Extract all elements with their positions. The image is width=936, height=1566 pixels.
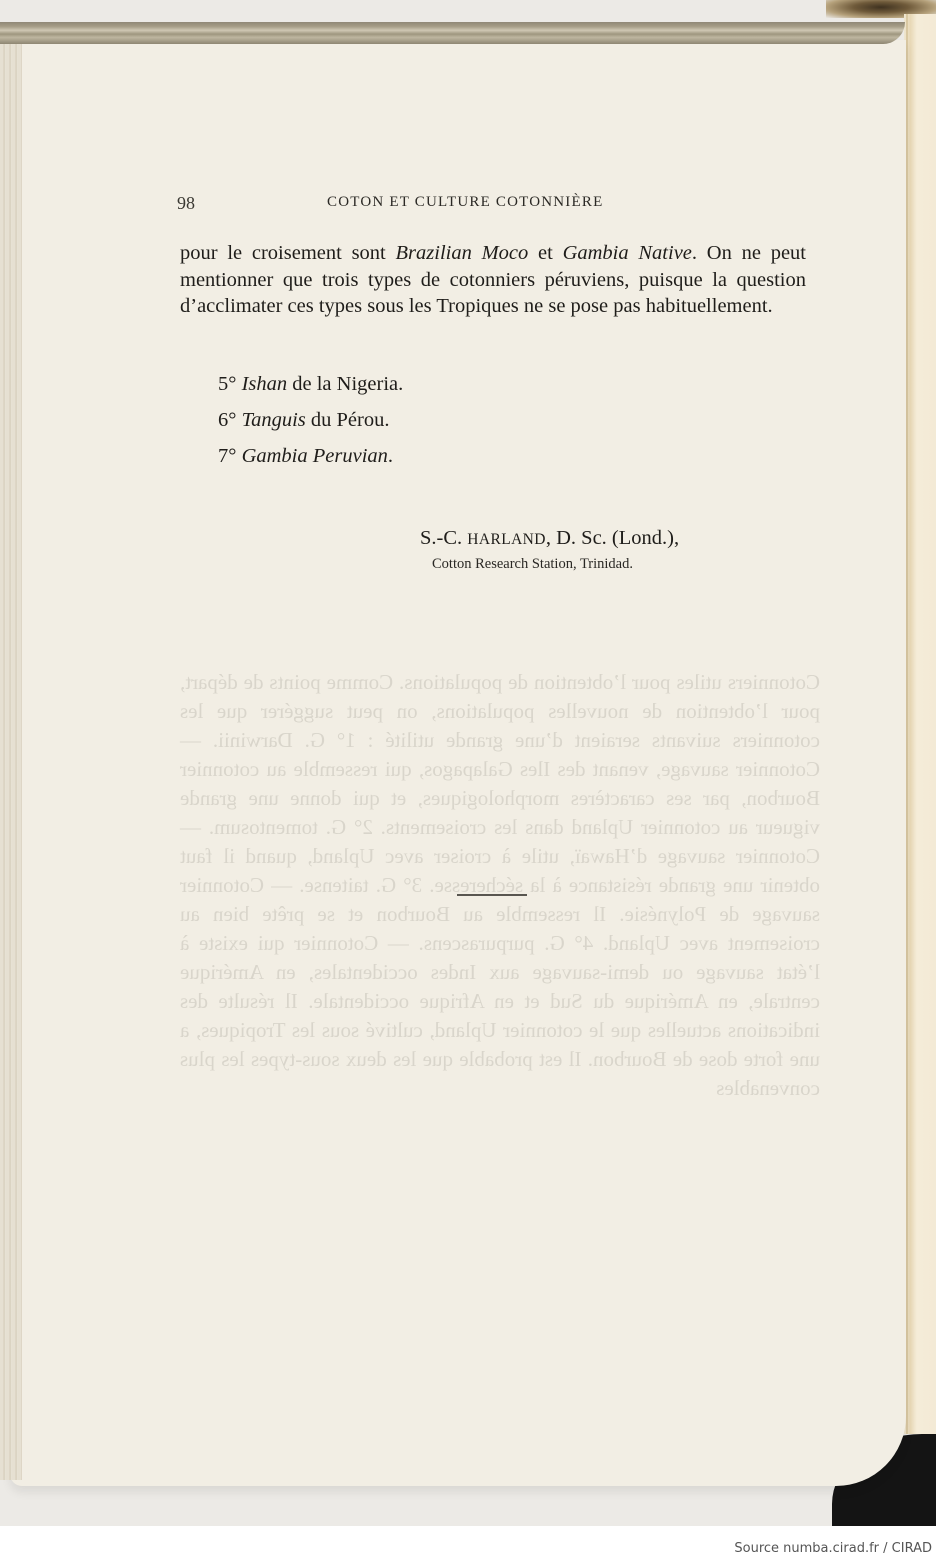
page-stack-edge — [0, 40, 22, 1480]
section-end-rule — [457, 894, 527, 896]
book-top-edge — [0, 22, 905, 44]
list-item: 7° Gambia Peruvian. — [218, 442, 403, 470]
variety-list: 5° Ishan de la Nigeria. 6° Tanguis du Pé… — [218, 370, 403, 478]
source-credit: Source numba.cirad.fr / CIRAD — [734, 1541, 932, 1556]
author-affiliation: Cotton Research Station, Trinidad. — [432, 556, 633, 573]
author-name: S.-C. Harland, D. Sc. (Lond.), — [420, 527, 679, 549]
book-gutter — [904, 14, 936, 1434]
paragraph-text: pour le croisement sont Brazilian Moco e… — [180, 240, 806, 320]
body-paragraph: pour le croisement sont Brazilian Moco e… — [180, 240, 806, 320]
running-header: 98 Coton et culture cotonnière — [177, 193, 807, 213]
author-signature: S.-C. Harland, D. Sc. (Lond.), — [420, 527, 679, 550]
page-number: 98 — [177, 193, 195, 214]
list-item: 5° Ishan de la Nigeria. — [218, 370, 403, 398]
gutter-line — [906, 14, 908, 1434]
list-item: 6° Tanguis du Pérou. — [218, 406, 403, 434]
variety-brazilian-moco: Brazilian Moco — [396, 242, 529, 264]
variety-gambia-native: Gambia Native — [563, 242, 692, 264]
running-title: Coton et culture cotonnière — [327, 194, 603, 211]
